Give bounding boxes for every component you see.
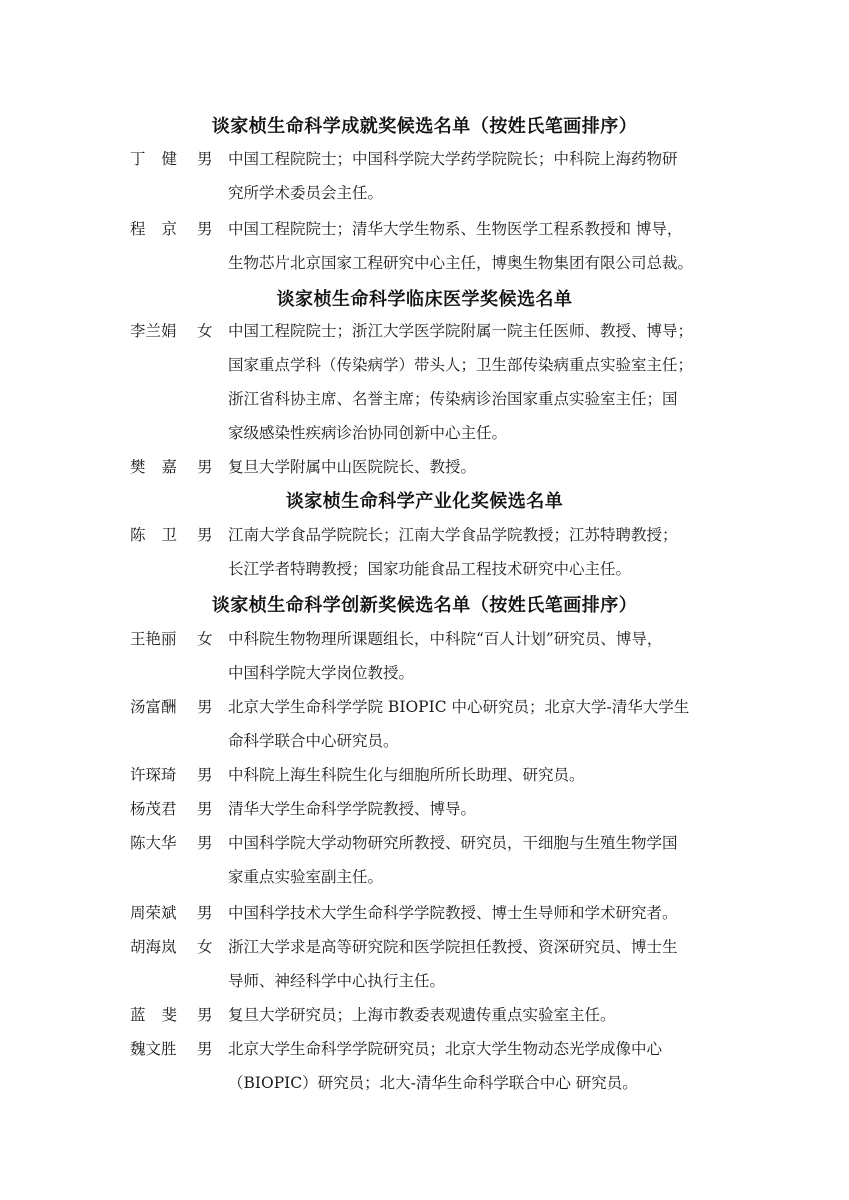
candidate-description: 北京大学生命科学学院研究员；北京大学生物动态光学成像中心 （BIOPIC）研究员… — [228, 1032, 726, 1100]
candidate-name: 程京 — [130, 212, 192, 246]
candidate-description: 中科院上海生科院生化与细胞所所长助理、研究员。 — [228, 758, 726, 792]
description-line: 中国工程院院士；中国科学院大学药学院院长；中科院上海药物研 — [228, 142, 726, 176]
candidate-gender: 男 — [197, 758, 213, 792]
candidate-name: 杨茂君 — [130, 792, 192, 826]
description-line: 中科院生物物理所课题组长，中科院“百人计划”研究员、博导， — [228, 622, 726, 656]
candidate-description: 中国工程院院士；清华大学生物系、生物医学工程系教授和 博导， 生物芯片北京国家工… — [228, 212, 726, 280]
candidate-name: 丁健 — [130, 142, 192, 176]
candidate-name: 陈大华 — [130, 826, 192, 860]
candidate-description: 江南大学食品学院院长；江南大学食品学院教授；江苏特聘教授； 长江学者特聘教授；国… — [228, 518, 726, 586]
candidate-gender: 男 — [197, 998, 213, 1032]
description-line: 复旦大学附属中山医院院长、教授。 — [228, 450, 726, 484]
description-line: 浙江大学求是高等研究院和医学院担任教授、资深研究员、博士生 — [228, 930, 726, 964]
section-title-industrialization: 谈家桢生命科学产业化奖候选名单 — [0, 487, 849, 513]
candidate-gender: 男 — [197, 142, 213, 176]
section-title-innovation: 谈家桢生命科学创新奖候选名单（按姓氏笔画排序） — [0, 591, 849, 617]
candidate-gender: 女 — [197, 930, 213, 964]
candidate-description: 复旦大学研究员；上海市教委表观遗传重点实验室主任。 — [228, 998, 726, 1032]
candidate-name: 蓝斐 — [130, 998, 192, 1032]
description-line: 导师、神经科学中心执行主任。 — [228, 964, 726, 998]
candidate-gender: 男 — [197, 518, 213, 552]
description-line: 复旦大学研究员；上海市教委表观遗传重点实验室主任。 — [228, 998, 726, 1032]
candidate-gender: 男 — [197, 896, 213, 930]
candidate-name: 陈卫 — [130, 518, 192, 552]
candidate-description: 中国工程院院士；浙江大学医学院附属一院主任医师、教授、博导； 国家重点学科（传染… — [228, 314, 726, 450]
candidate-name: 李兰娟 — [130, 314, 192, 348]
candidate-name: 王艳丽 — [130, 622, 192, 656]
description-line: 浙江省科协主席、名誉主席；传染病诊治国家重点实验室主任；国 — [228, 382, 726, 416]
description-line: 清华大学生命科学学院教授、博导。 — [228, 792, 726, 826]
description-line: 中国工程院院士；清华大学生物系、生物医学工程系教授和 博导， — [228, 212, 726, 246]
description-line: 命科学联合中心研究员。 — [228, 724, 726, 758]
candidate-name: 周荣斌 — [130, 896, 192, 930]
description-line: 长江学者特聘教授；国家功能食品工程技术研究中心主任。 — [228, 552, 726, 586]
candidate-gender: 男 — [197, 792, 213, 826]
candidate-gender: 男 — [197, 826, 213, 860]
candidate-description: 中国工程院院士；中国科学院大学药学院院长；中科院上海药物研 究所学术委员会主任。 — [228, 142, 726, 210]
candidate-gender: 男 — [197, 450, 213, 484]
document-page: 谈家桢生命科学成就奖候选名单（按姓氏笔画排序） 丁健 男 中国工程院院士；中国科… — [0, 0, 849, 1200]
candidate-gender: 男 — [197, 1032, 213, 1066]
description-line: 北京大学生命科学学院 BIOPIC 中心研究员；北京大学-清华大学生 — [228, 690, 726, 724]
candidate-name: 樊嘉 — [130, 450, 192, 484]
candidate-description: 中国科学技术大学生命科学学院教授、博士生导师和学术研究者。 — [228, 896, 726, 930]
description-line: 家级感染性疾病诊治协同创新中心主任。 — [228, 416, 726, 450]
candidate-description: 复旦大学附属中山医院院长、教授。 — [228, 450, 726, 484]
candidate-gender: 男 — [197, 690, 213, 724]
candidate-description: 北京大学生命科学学院 BIOPIC 中心研究员；北京大学-清华大学生 命科学联合… — [228, 690, 726, 758]
section-title-achievement: 谈家桢生命科学成就奖候选名单（按姓氏笔画排序） — [0, 112, 849, 138]
description-line: 中国科学院大学动物研究所教授、研究员，干细胞与生殖生物学国 — [228, 826, 726, 860]
description-line: 中科院上海生科院生化与细胞所所长助理、研究员。 — [228, 758, 726, 792]
candidate-name: 许琛琦 — [130, 758, 192, 792]
description-line: 中国科学技术大学生命科学学院教授、博士生导师和学术研究者。 — [228, 896, 726, 930]
description-line: 江南大学食品学院院长；江南大学食品学院教授；江苏特聘教授； — [228, 518, 726, 552]
candidate-name: 汤富酬 — [130, 690, 192, 724]
candidate-gender: 女 — [197, 314, 213, 348]
section-title-clinical: 谈家桢生命科学临床医学奖候选名单 — [0, 285, 849, 311]
description-line: 究所学术委员会主任。 — [228, 176, 726, 210]
description-line: 家重点实验室副主任。 — [228, 860, 726, 894]
candidate-name: 胡海岚 — [130, 930, 192, 964]
candidate-gender: 女 — [197, 622, 213, 656]
description-line: 中国科学院大学岗位教授。 — [228, 656, 726, 690]
candidate-description: 清华大学生命科学学院教授、博导。 — [228, 792, 726, 826]
description-line: 北京大学生命科学学院研究员；北京大学生物动态光学成像中心 — [228, 1032, 726, 1066]
candidate-description: 中科院生物物理所课题组长，中科院“百人计划”研究员、博导， 中国科学院大学岗位教… — [228, 622, 726, 690]
description-line: 中国工程院院士；浙江大学医学院附属一院主任医师、教授、博导； — [228, 314, 726, 348]
description-line: （BIOPIC）研究员；北大-清华生命科学联合中心 研究员。 — [228, 1066, 726, 1100]
candidate-description: 中国科学院大学动物研究所教授、研究员，干细胞与生殖生物学国 家重点实验室副主任。 — [228, 826, 726, 894]
description-line: 生物芯片北京国家工程研究中心主任，博奥生物集团有限公司总裁。 — [228, 246, 726, 280]
description-line: 国家重点学科（传染病学）带头人；卫生部传染病重点实验室主任； — [228, 348, 726, 382]
candidate-gender: 男 — [197, 212, 213, 246]
candidate-description: 浙江大学求是高等研究院和医学院担任教授、资深研究员、博士生 导师、神经科学中心执… — [228, 930, 726, 998]
candidate-name: 魏文胜 — [130, 1032, 192, 1066]
